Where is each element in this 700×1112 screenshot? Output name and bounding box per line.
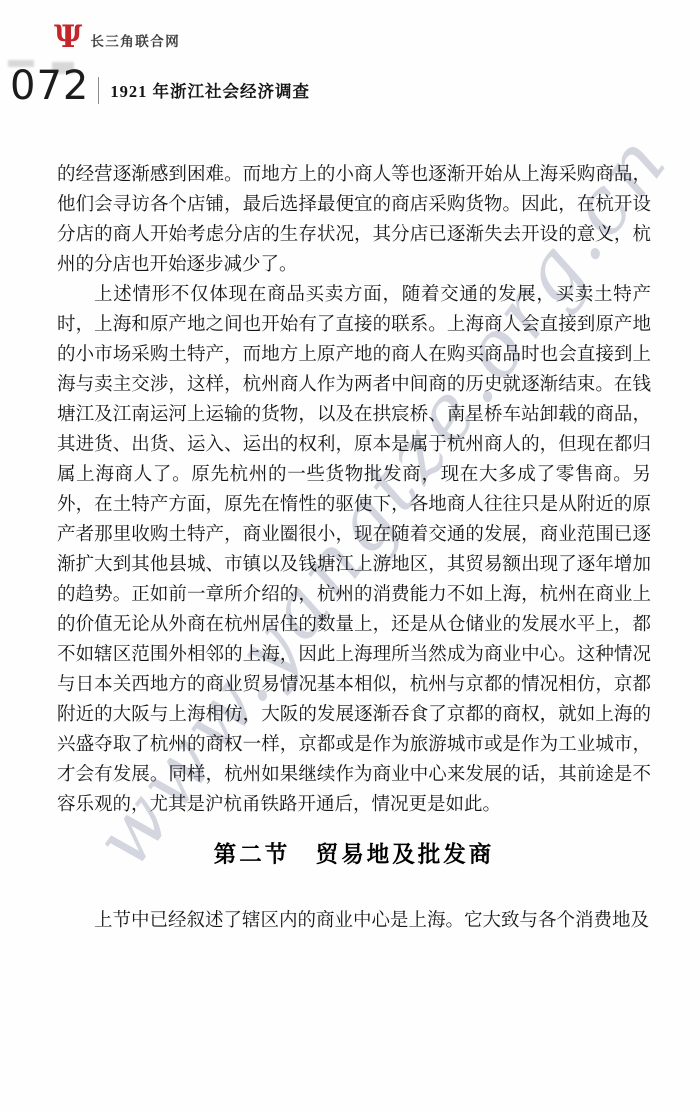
body-paragraph: 上述情形不仅体现在商品买卖方面，随着交通的发展，买卖土特产时，上海和原产地之间也… — [57, 280, 651, 820]
scanned-book-page: www.yangtze.org.cn Ψ 长三角联合网 072 1921 年浙江… — [0, 0, 700, 1112]
page-header: 072 1921 年浙江社会经济调查 — [10, 66, 310, 106]
running-title: 1921 年浙江社会经济调查 — [110, 78, 310, 106]
body-paragraph: 上节中已经叙述了辖区内的商业中心是上海。它大致与各个消费地及 — [57, 906, 651, 936]
body-paragraph: 的经营逐渐感到困难。而地方上的小商人等也逐渐开始从上海采购商品，他们会寻访各个店… — [57, 160, 651, 280]
site-name-label: 长三角联合网 — [90, 26, 180, 50]
header-divider — [98, 77, 99, 104]
yangtze-delta-logo-icon: Ψ — [54, 22, 82, 53]
page-number: 072 — [10, 66, 89, 106]
section-heading: 第二节 贸易地及批发商 — [57, 838, 651, 872]
site-logo: Ψ 长三角联合网 — [54, 22, 180, 53]
page-content: 的经营逐渐感到困难。而地方上的小商人等也逐渐开始从上海采购商品，他们会寻访各个店… — [57, 160, 651, 936]
